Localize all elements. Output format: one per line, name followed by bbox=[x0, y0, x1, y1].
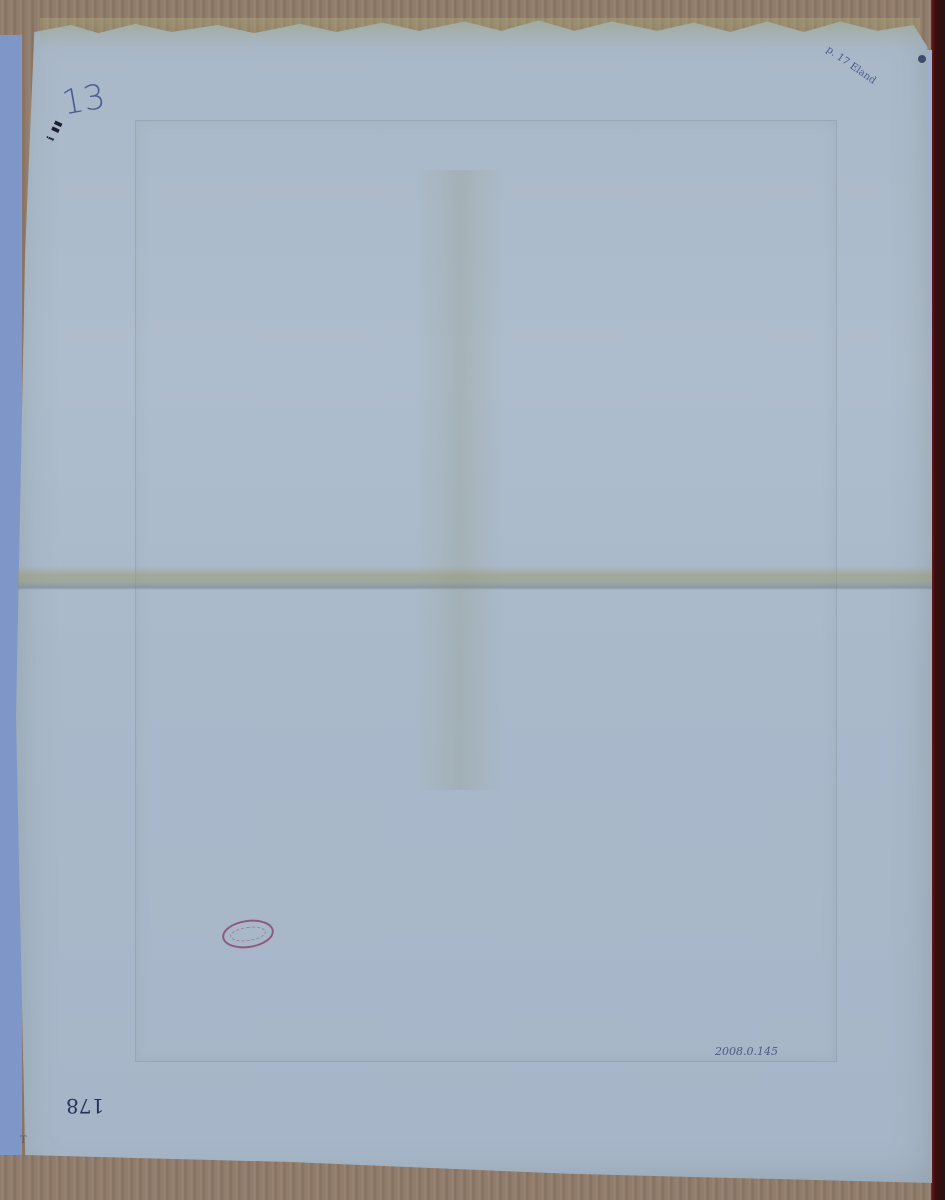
background-right-edge bbox=[931, 0, 945, 1200]
handwritten-mark-bottom-left: T bbox=[20, 1135, 27, 1146]
horizontal-fold bbox=[18, 566, 932, 590]
handwritten-number-top-left: 13 bbox=[59, 77, 109, 124]
top-edge-stain bbox=[40, 18, 920, 48]
pin-icon bbox=[918, 55, 926, 63]
handwritten-number-bottom-left: 178 bbox=[66, 1094, 104, 1118]
accession-number: 2008.0.145 bbox=[715, 1045, 778, 1058]
show-through-column bbox=[415, 170, 505, 790]
